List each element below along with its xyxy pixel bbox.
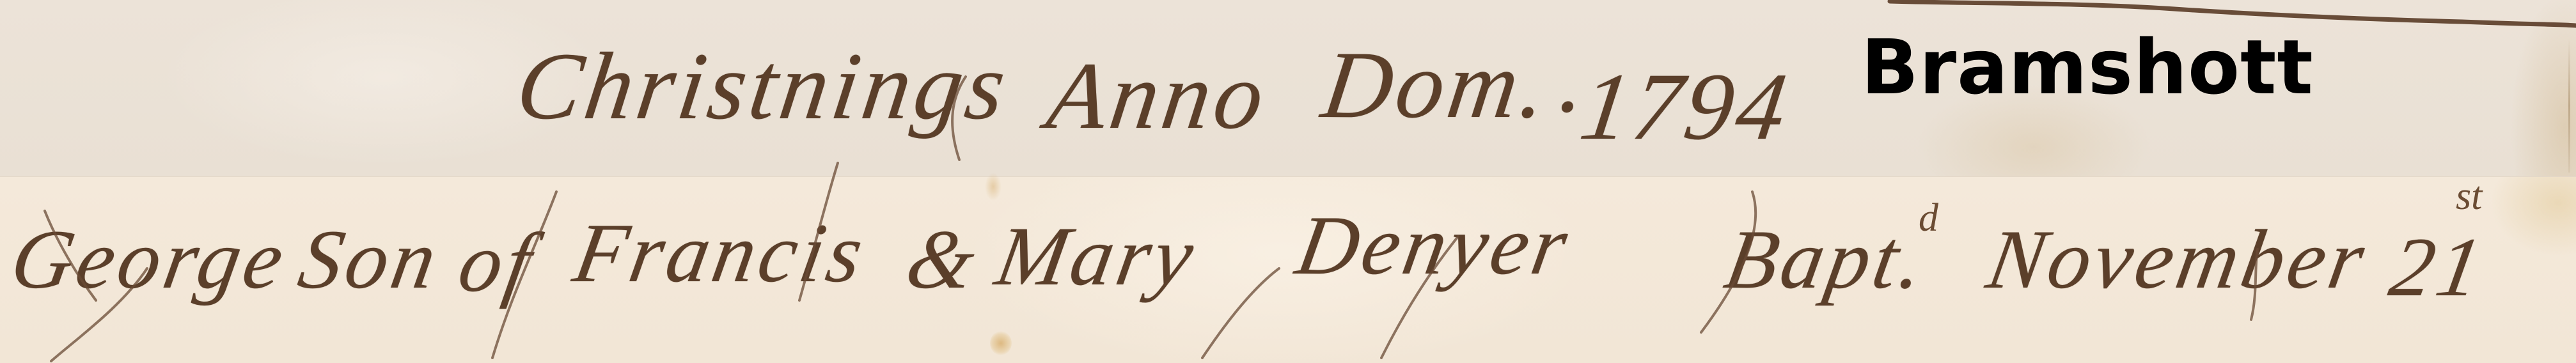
entry-day-superscript: st [2456,176,2482,216]
entry-child-name: George [5,217,293,302]
entry-surname: Denyer [1291,203,1577,288]
entry-month: November [1981,217,2374,302]
entry-relation: Son [293,217,446,302]
place-label: Bramshott [1861,29,2314,105]
paper-stain [985,173,1001,201]
register-scan: Christnings Anno Dom. ·1794 George Son o… [0,0,2576,363]
heading-year: ·1794 [1547,59,1796,155]
heading-word-christnings: Christnings [511,38,1014,134]
entry-mother: Mary [990,214,1203,298]
entry-of: of [453,220,541,305]
entry-and: & [900,217,985,302]
heading-word-dom: Dom. [1317,37,1556,133]
entry-father: Francis [568,211,872,295]
heading-word-anno: Anno [1042,48,1273,144]
entry-event: Bapt. [1719,217,1934,302]
ink-stain [990,331,1012,355]
page-edge [2568,38,2570,173]
entry-event-superscript: d [1919,198,1938,238]
entry-day: 21 [2384,225,2491,309]
